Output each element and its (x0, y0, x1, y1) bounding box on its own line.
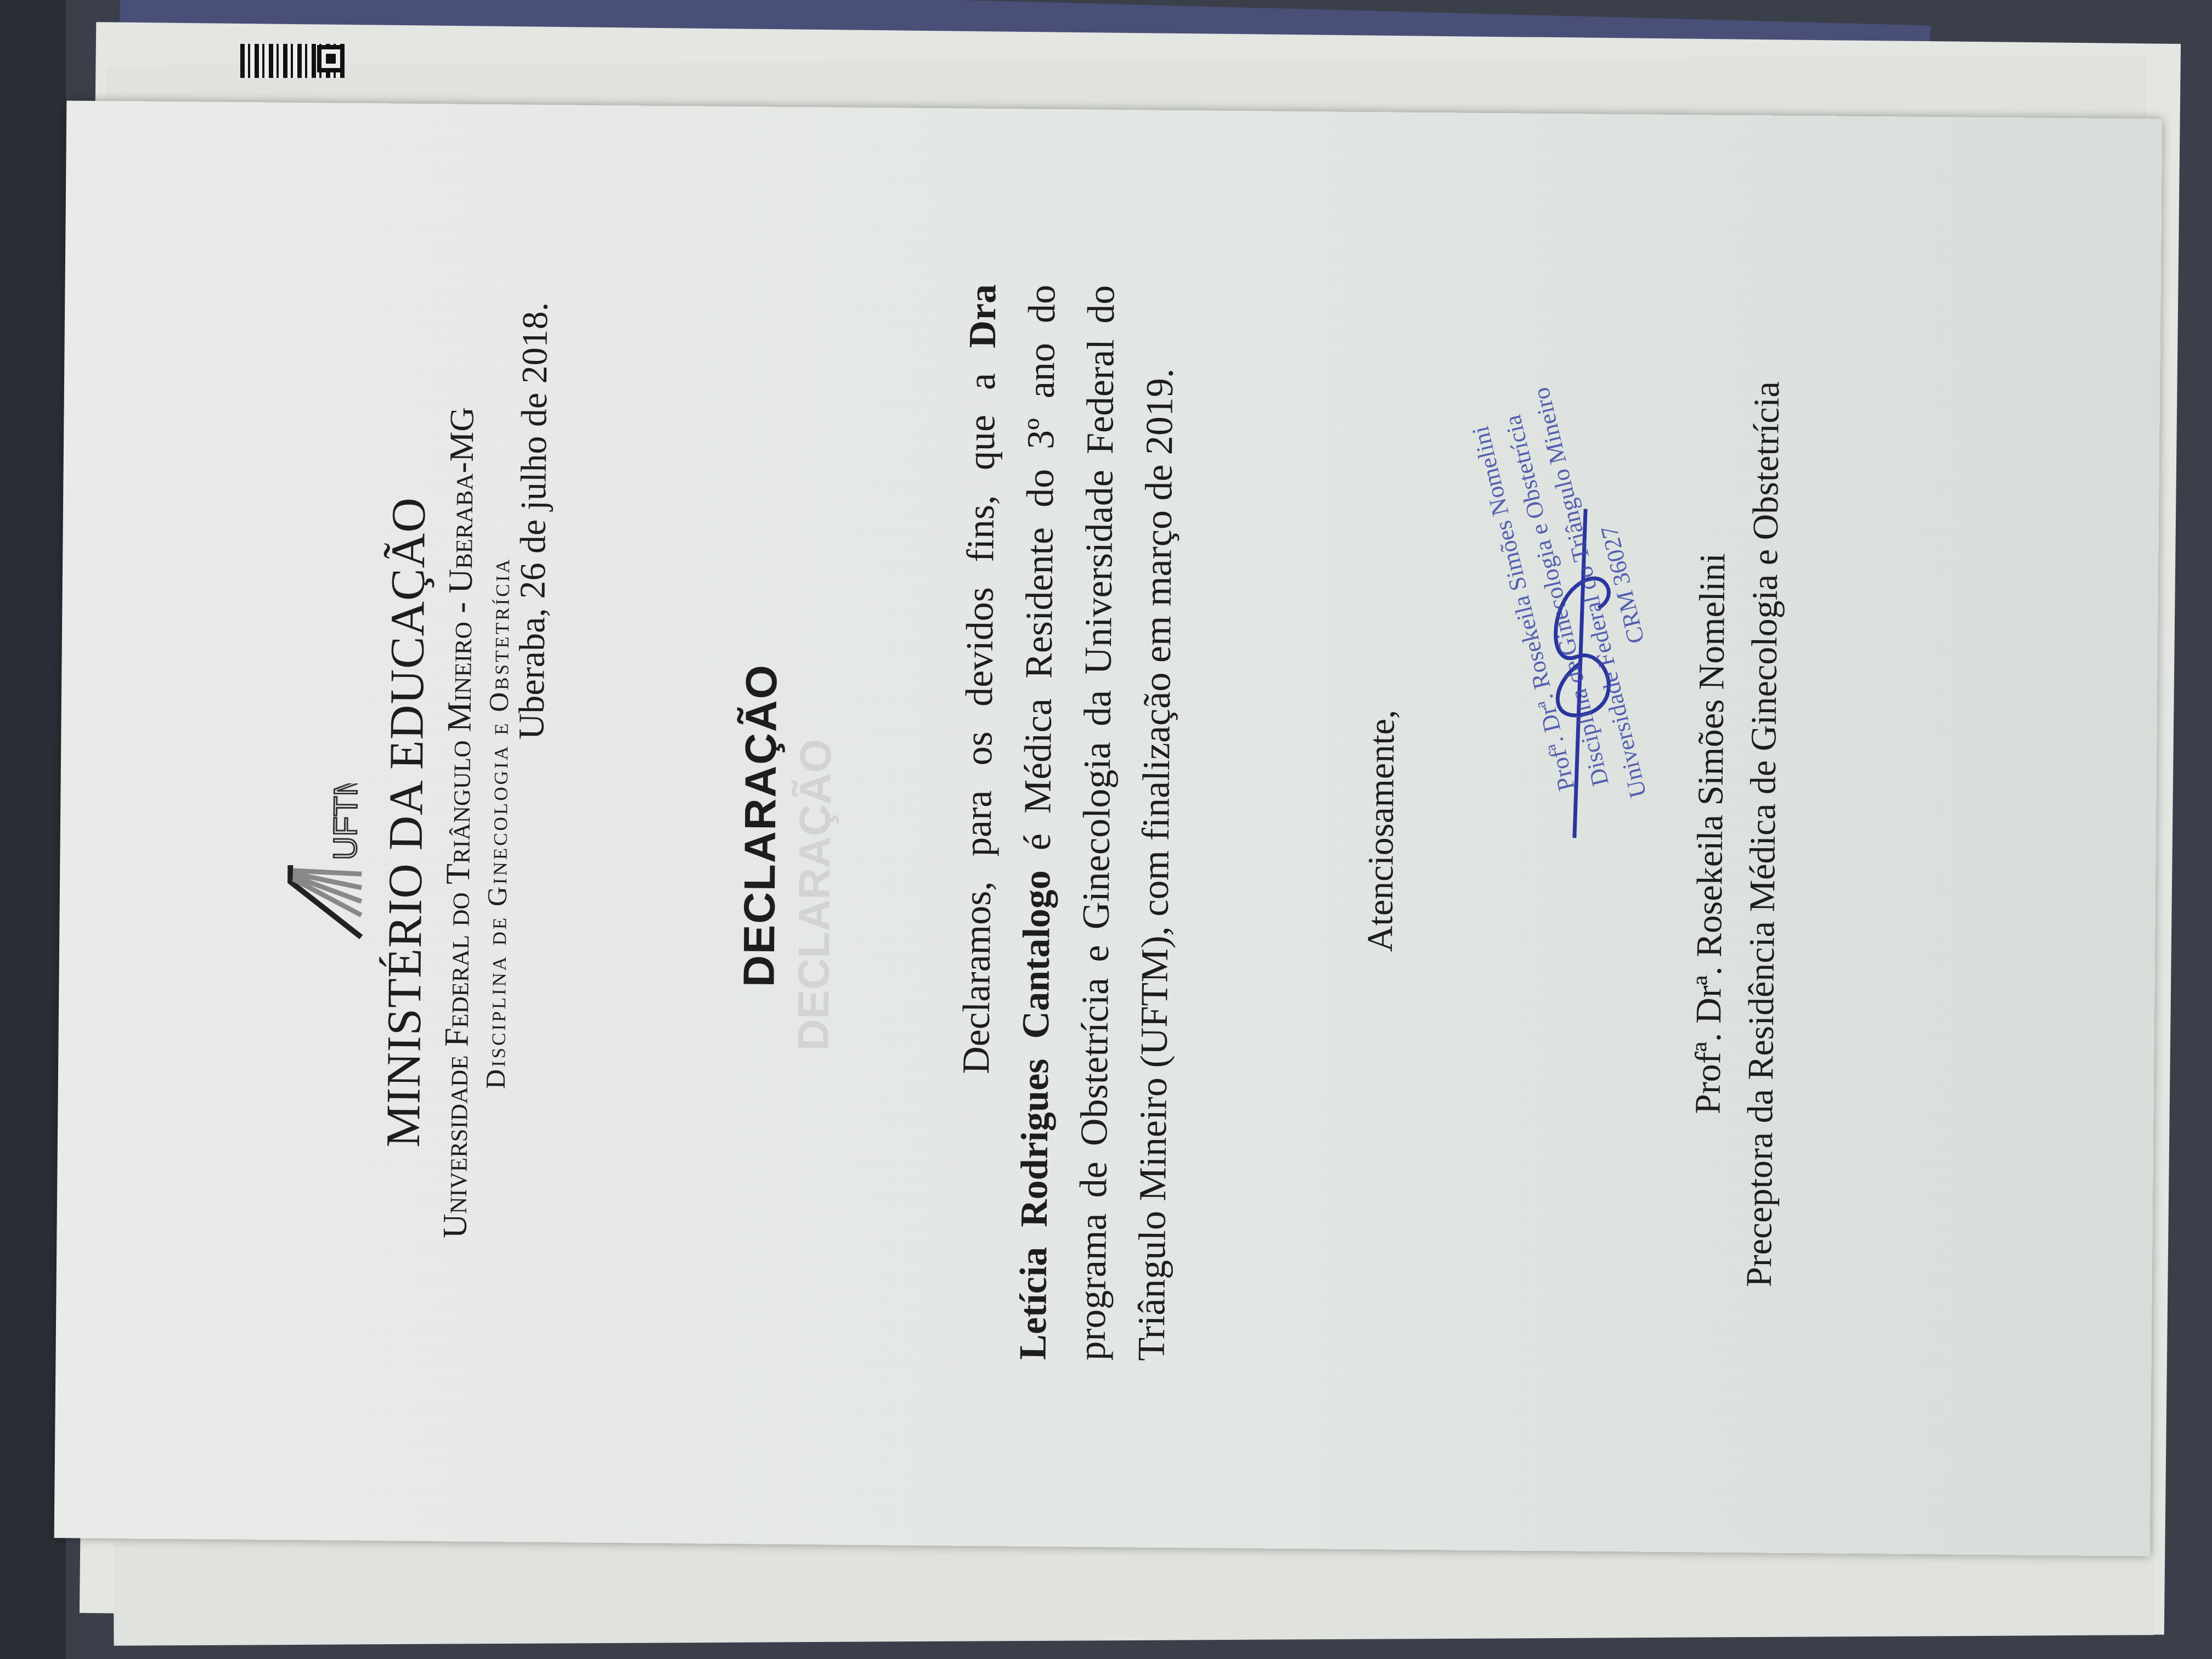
qr-code-icon (240, 44, 345, 78)
document-content: UFTM MINISTÉRIO DA EDUCAÇÃO Universidade… (54, 100, 2163, 1556)
date-line: Uberaba, 26 de julho de 2018. (511, 302, 556, 740)
declaration-body: Declaramos, para os devidos fins, que a … (945, 284, 1191, 1362)
bleed-through-text: DECLARAÇÃO (788, 738, 841, 1051)
ministry-heading: MINISTÉRIO DA EDUCAÇÃO (373, 103, 441, 1541)
uftm-logo-icon: UFTM (279, 783, 368, 948)
body-intro: Declaramos, para os devidos fins, que a (955, 348, 1004, 1074)
document-page: UFTM MINISTÉRIO DA EDUCAÇÃO Universidade… (54, 100, 2163, 1556)
svg-text:UFTM: UFTM (326, 783, 364, 860)
letterhead: UFTM MINISTÉRIO DA EDUCAÇÃO Universidade… (285, 103, 520, 1542)
closing-salutation: Atenciosamente, (1355, 112, 1409, 1550)
signatory-block: Profª. Drª. Rosekeila Simões Nomelini Pr… (1678, 115, 1796, 1553)
document-title: DECLARAÇÃO (729, 106, 792, 1544)
